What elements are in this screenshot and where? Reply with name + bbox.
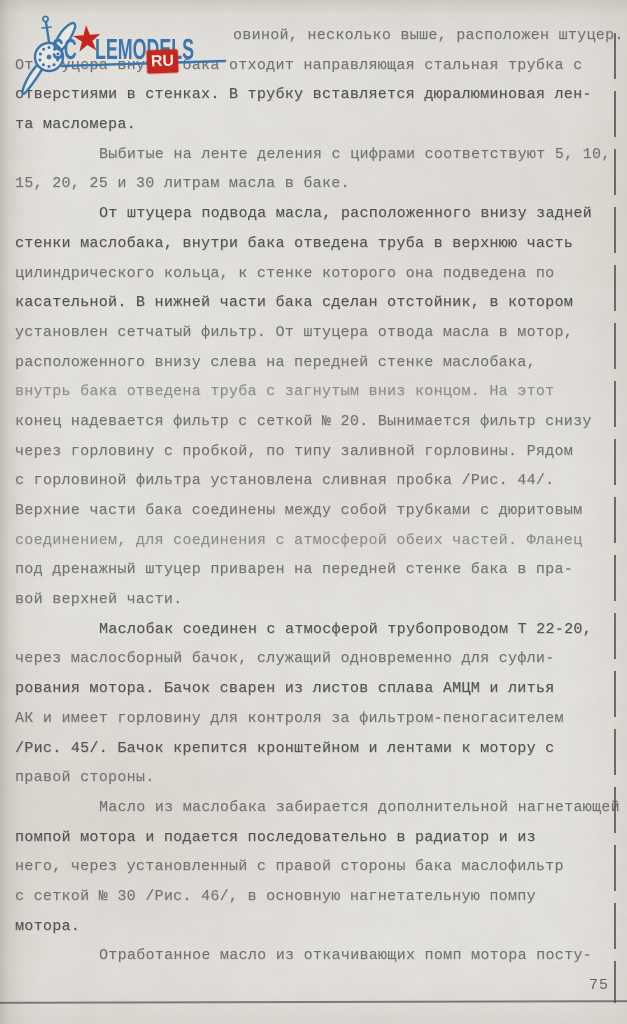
text-line: касательной. В нижней части бака сделан … (15, 288, 611, 318)
text-line: него, через установленный с правой сторо… (15, 852, 611, 882)
text-line: через маслосборный бачок, служащий однов… (15, 644, 611, 674)
text-line: расположенного внизу слева на передней с… (15, 348, 611, 378)
text-line: вой верхней части. (15, 585, 611, 615)
margin-rule-horizontal (0, 1000, 627, 1004)
document-text: овиной, несколько выше, расположен штуце… (15, 21, 611, 971)
text-line: рования мотора. Бачок сварен из листов с… (15, 674, 611, 704)
page-number: 75 (589, 977, 609, 994)
text-line: Выбитые на ленте деления с цифрами соотв… (15, 140, 611, 170)
text-line: Верхние части бака соединены между собой… (15, 496, 611, 526)
text-line: установлен сетчатый фильтр. От штуцера о… (15, 318, 611, 348)
scalemodels-logo: SC ★ LEMODELS RU (18, 8, 233, 108)
text-line: Масло из маслобака забирается дополнител… (15, 793, 611, 823)
text-line: та масломера. (15, 110, 611, 140)
text-line: /Рис. 45/. Бачок крепится кронштейном и … (15, 734, 611, 764)
text-line: Маслобак соединен с атмосферой трубопров… (15, 615, 611, 645)
text-line: с сеткой № 30 /Рис. 46/, в основную нагн… (15, 882, 611, 912)
text-line: соединением, для соединения с атмосферой… (15, 526, 611, 556)
text-line: Отработанное масло из откачивающих помп … (15, 941, 611, 971)
margin-rule-vertical (614, 33, 616, 1003)
text-line: помпой мотора и подается последовательно… (15, 823, 611, 853)
text-line: с горловиной фильтра установлена сливная… (15, 466, 611, 496)
text-line: через горловину с пробкой, по типу залив… (15, 437, 611, 467)
text-line: АК и имеет горловину для контроля за фил… (15, 704, 611, 734)
text-line: конец надевается фильтр с сеткой № 20. В… (15, 407, 611, 437)
ru-badge: RU (147, 49, 179, 73)
text-line: От штуцера подвода масла, расположенного… (15, 199, 611, 229)
text-line: правой стороны. (15, 763, 611, 793)
text-line: стенки маслобака, внутри бака отведена т… (15, 229, 611, 259)
text-line: под дренажный штуцер приварен на передне… (15, 555, 611, 585)
text-line: 15, 20, 25 и 30 литрам масла в баке. (15, 169, 611, 199)
text-line: цилиндрического кольца, к стенке которог… (15, 259, 611, 289)
text-line: мотора. (15, 912, 611, 942)
text-line: внутрь бака отведена труба с загнутым вн… (15, 377, 611, 407)
scanned-page: овиной, несколько выше, расположен штуце… (0, 0, 627, 1024)
